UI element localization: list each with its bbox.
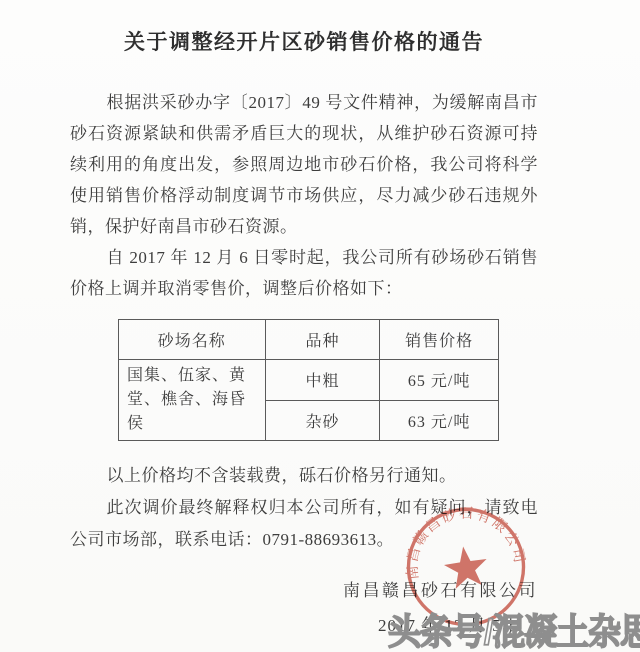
notice-paragraph-effective-date: 自 2017 年 12 月 6 日零时起，我公司所有砂场砂石销售价格上调并取消零… [70, 242, 538, 304]
cell-price-mixed-sand: 63 元/吨 [380, 400, 499, 441]
scanned-notice-page: 关于调整经开片区砂销售价格的通告 根据洪采砂办字〔2017〕49 号文件精神，为… [0, 0, 640, 652]
notice-title: 关于调整经开片区砂销售价格的通告 [70, 26, 538, 56]
cell-yard-names: 国集、伍家、黄堂、樵舍、海昏侯 [119, 360, 266, 441]
notice-body: 关于调整经开片区砂销售价格的通告 根据洪采砂办字〔2017〕49 号文件精神，为… [70, 0, 538, 556]
price-table: 砂场名称 品种 销售价格 国集、伍家、黄堂、樵舍、海昏侯 中粗 65 元/吨 杂… [118, 319, 499, 441]
notice-paragraph-background: 根据洪采砂办字〔2017〕49 号文件精神，为缓解南昌市砂石资源紧缺和供需矛盾巨… [70, 87, 538, 242]
seal-star-icon [442, 543, 490, 590]
table-row: 国集、伍家、黄堂、樵舍、海昏侯 中粗 65 元/吨 [119, 360, 499, 401]
header-variety: 品种 [265, 320, 380, 360]
cell-variety-medium-coarse: 中粗 [265, 360, 380, 401]
header-yard-name: 砂场名称 [119, 320, 266, 360]
cell-variety-mixed-sand: 杂砂 [265, 400, 380, 441]
header-sale-price: 销售价格 [380, 320, 499, 360]
watermark-text: 头条号/混凝土杂思 [388, 604, 640, 652]
table-header-row: 砂场名称 品种 销售价格 [119, 320, 499, 360]
note-loading-fee: 以上价格均不含装载费，砾石价格另行通知。 [70, 460, 538, 492]
cell-price-medium-coarse: 65 元/吨 [380, 360, 499, 401]
